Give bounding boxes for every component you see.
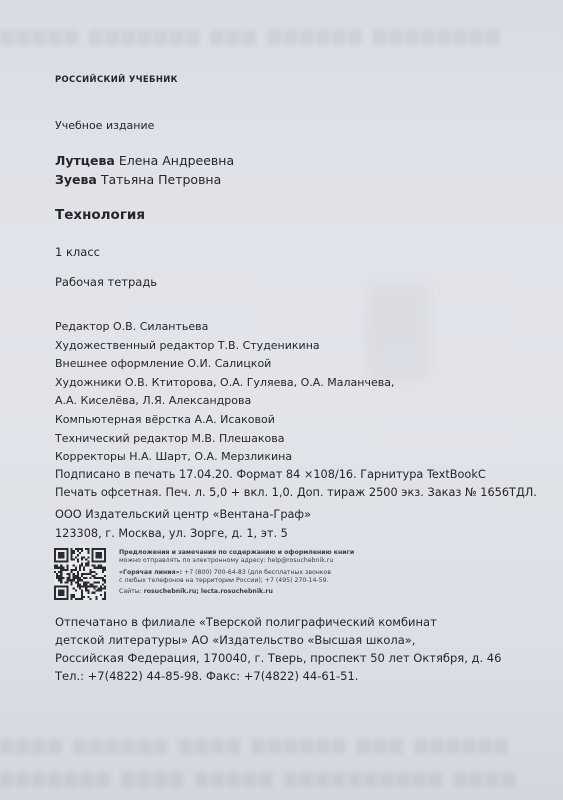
credit-line: Художники О.В. Ктиторова, О.А. Гуляева, … — [55, 374, 394, 393]
sites-label: Сайты: — [119, 588, 144, 595]
author: Лутцева Елена Андреевна — [55, 153, 234, 168]
credit-line: А.А. Киселёва, Л.Я. Александрова — [55, 392, 394, 411]
sites-line: Сайты: rosuchebnik.ru; lecta.rosuchebnik… — [119, 588, 354, 596]
print-info-line: Печать офсетная. Печ. л. 5,0 + вкл. 1,0.… — [55, 484, 537, 502]
author-surname: Лутцева — [55, 153, 115, 168]
sites-links[interactable]: rosuchebnik.ru; lecta.rosuchebnik.ru — [144, 588, 273, 595]
book-type: Рабочая тетрадь — [55, 275, 157, 289]
contact-text: Предложения и замечания по содержанию и … — [119, 549, 354, 596]
author: Зуева Татьяна Петровна — [55, 172, 221, 187]
credit-line: Технический редактор М.В. Плешакова — [55, 430, 394, 449]
printer-line: Российская Федерация, 170040, г. Тверь, … — [55, 649, 501, 667]
qr-code-icon[interactable] — [54, 548, 106, 600]
bleed-through-text: ▆▆▆▆▆ ▆▆▆▆▆▆▆ ▆▆▆ ▆▆▆▆▆▆ ▆▆▆▆▆▆▆▆ — [0, 26, 563, 46]
contact-box: Предложения и замечания по содержанию и … — [53, 547, 413, 603]
hotline-label: «Горячая линия»: — [119, 569, 182, 576]
book-grade: 1 класс — [55, 245, 100, 259]
hotline-line-2: с любых телефонов на территории России);… — [119, 577, 354, 585]
printer-line: Тел.: +7(4822) 44-85-98. Факс: +7(4822) … — [55, 667, 501, 685]
publisher-name: ООО Издательский центр «Вентана-Граф» — [55, 505, 311, 524]
printer-line: детской литературы» АО «Издательство «Вы… — [55, 631, 501, 649]
printer-info: Отпечатано в филиале «Тверской полиграфи… — [55, 613, 501, 685]
bleed-through-text: ▆▆▆▆ ▆▆▆▆▆▆ ▆▆▆▆ ▆▆▆▆▆▆ ▆▆▆ ▆▆▆▆▆▆ — [0, 735, 563, 755]
hotline-phone: +7 (800) 700-64-83 (для бесплатных звонк… — [182, 569, 331, 576]
edition-type: Учебное издание — [55, 119, 154, 132]
credit-line: Редактор О.В. Силантьева — [55, 318, 394, 337]
credit-line: Корректоры Н.А. Шарт, О.А. Мерзликина — [55, 448, 394, 467]
credit-line: Компьютерная вёрстка А.А. Исаковой — [55, 411, 394, 430]
print-info-line: Подписано в печать 17.04.20. Формат 84 ×… — [55, 466, 537, 484]
credits-list: Редактор О.В. Силантьева Художественный … — [55, 318, 394, 467]
publisher-address: 123308, г. Москва, ул. Зорге, д. 1, эт. … — [55, 524, 311, 543]
author-given-names: Татьяна Петровна — [101, 172, 221, 187]
book-title: Технология — [55, 207, 145, 223]
bleed-through-text: ▆▆▆▆▆▆▆ ▆▆▆▆ ▆▆▆▆▆ ▆▆▆▆▆▆▆▆▆▆ ▆▆▆▆ — [0, 768, 563, 788]
hotline-line: «Горячая линия»: +7 (800) 700-64-83 (для… — [119, 569, 354, 577]
author-surname: Зуева — [55, 172, 97, 187]
credit-line: Внешнее оформление О.И. Салицкой — [55, 355, 394, 374]
author-given-names: Елена Андреевна — [119, 153, 234, 168]
credit-line: Художественный редактор Т.В. Студеникина — [55, 337, 394, 356]
series-label: РОССИЙСКИЙ УЧЕБНИК — [55, 74, 178, 84]
imprint-page: ▆▆▆▆▆ ▆▆▆▆▆▆▆ ▆▆▆ ▆▆▆▆▆▆ ▆▆▆▆▆▆▆▆ ▆▆▆▆ ▆… — [0, 0, 563, 800]
printer-line: Отпечатано в филиале «Тверской полиграфи… — [55, 613, 501, 631]
publisher-info: ООО Издательский центр «Вентана-Граф» 12… — [55, 505, 311, 543]
feedback-email-line: можно отправлять по электронному адресу:… — [119, 557, 354, 565]
print-info: Подписано в печать 17.04.20. Формат 84 ×… — [55, 466, 537, 502]
